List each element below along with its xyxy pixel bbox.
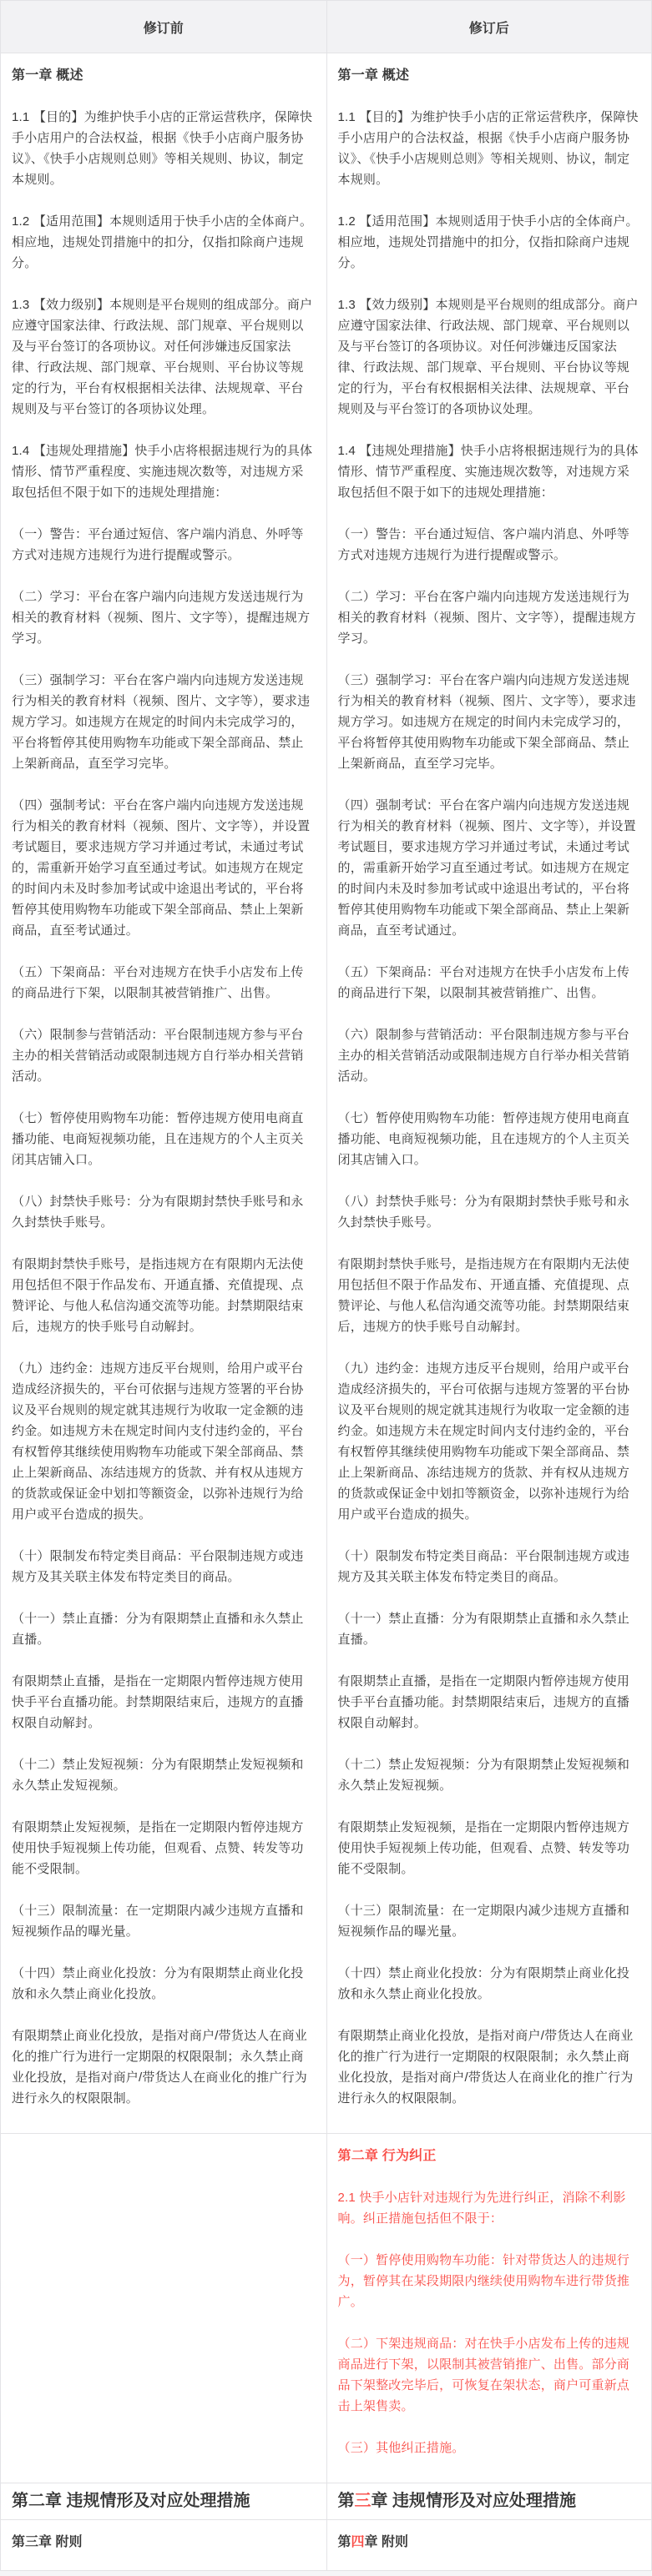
header-cell-after: 修订后 xyxy=(326,1,652,53)
paragraph: （三）强制学习：平台在客户端内向违规方发送违规行为相关的教育材料（视频、图片、文… xyxy=(338,670,641,774)
paragraph: （五）下架商品：平台对违规方在快手小店发布上传的商品进行下架，以限制其被营销推广… xyxy=(12,962,316,1004)
paragraph: 1.3 【效力级别】本规则是平台规则的组成部分。商户应遵守国家法律、行政法规、部… xyxy=(12,294,316,420)
paragraph: 1.2 【适用范围】本规则适用于快手小店的全体商户。相应地，违规处罚措施中的扣分… xyxy=(12,211,316,274)
paragraph: （五）下架商品：平台对违规方在快手小店发布上传的商品进行下架，以限制其被营销推广… xyxy=(338,962,641,1004)
paragraph: （八）封禁快手账号：分为有限期封禁快手账号和永久封禁快手账号。 xyxy=(12,1191,316,1233)
paragraph: （四）强制考试：平台在客户端内向违规方发送违规行为相关的教育材料（视频、图片、文… xyxy=(12,795,316,941)
measures-heading-after: 第三章 违规情形及对应处理措施 xyxy=(326,2483,652,2519)
paragraph-added: （一）暂停使用购物车功能：针对带货达人的违规行为，暂停其在某段期限内继续使用购物… xyxy=(338,2250,641,2312)
paragraph: （二）学习：平台在客户端内向违规方发送违规行为相关的教育材料（视频、图片、文字等… xyxy=(338,586,641,649)
paragraph: 1.1 【目的】为维护快手小店的正常运营秩序，保障快手小店用户的合法权益，根据《… xyxy=(12,107,316,190)
measures-heading-after-prefix: 第 xyxy=(338,2492,355,2510)
behavior-correction-cell-after: 第二章 行为纠正2.1 快手小店针对违规行为先进行纠正，消除不利影响。纠正措施包… xyxy=(326,2134,652,2483)
header-label-before: 修订前 xyxy=(144,18,184,37)
appendix-heading-after-changed-char: 四 xyxy=(351,2535,365,2549)
paragraph: （四）强制考试：平台在客户端内向违规方发送违规行为相关的教育材料（视频、图片、文… xyxy=(338,795,641,941)
paragraph: （十二）禁止发短视频：分为有限期禁止发短视频和永久禁止发短视频。 xyxy=(338,1754,641,1796)
paragraph: （十三）限制流量：在一定期限内减少违规方直播和短视频作品的曝光量。 xyxy=(338,1900,641,1942)
paragraph-added: 第二章 行为纠正 xyxy=(338,2146,641,2166)
paragraph: （一）警告：平台通过短信、客户端内消息、外呼等方式对违规方违规行为进行提醒或警示… xyxy=(338,524,641,566)
paragraph: （三）强制学习：平台在客户端内向违规方发送违规行为相关的教育材料（视频、图片、文… xyxy=(12,670,316,774)
paragraph: 1.2 【适用范围】本规则适用于快手小店的全体商户。相应地，违规处罚措施中的扣分… xyxy=(338,211,641,274)
table-header-row: 修订前 修订后 xyxy=(1,1,651,53)
header-cell-before: 修订前 xyxy=(1,1,326,53)
paragraph: （一）警告：平台通过短信、客户端内消息、外呼等方式对违规方违规行为进行提醒或警示… xyxy=(12,524,316,566)
appendix-heading-before-text: 第三章 附则 xyxy=(12,2535,82,2549)
paragraph: （七）暂停使用购物车功能：暂停违规方使用电商直播功能、电商短视频功能，且在违规方… xyxy=(338,1108,641,1170)
appendix-heading-after: 第四章 附则 xyxy=(326,2520,652,2570)
paragraph: （十）限制发布特定类目商品：平台限制违规方或违规方及其关联主体发布特定类目的商品… xyxy=(338,1546,641,1587)
appendix-heading-after-suffix: 章 附则 xyxy=(365,2535,408,2549)
chapter1-cell-before: 第一章 概述1.1 【目的】为维护快手小店的正常运营秩序，保障快手小店用户的合法… xyxy=(1,53,326,2133)
paragraph: 有限期禁止商业化投放，是指对商户/带货达人在商业化的推广行为进行一定期限的权限限… xyxy=(338,2025,641,2109)
paragraph: 有限期禁止直播，是指在一定期限内暂停违规方使用快手平台直播功能。封禁期限结束后，… xyxy=(12,1671,316,1733)
measures-heading-after-changed-char: 三 xyxy=(355,2492,371,2510)
paragraph: 第一章 概述 xyxy=(338,65,641,86)
appendix-chapter-row: 第三章 附则 第四章 附则 xyxy=(1,2520,651,2570)
paragraph: （十）限制发布特定类目商品：平台限制违规方或违规方及其关联主体发布特定类目的商品… xyxy=(12,1546,316,1587)
paragraph: （十二）禁止发短视频：分为有限期禁止发短视频和永久禁止发短视频。 xyxy=(12,1754,316,1796)
measures-chapter-row: 第二章 违规情形及对应处理措施 第三章 违规情形及对应处理措施 xyxy=(1,2483,651,2520)
paragraph-added: 2.1 快手小店针对违规行为先进行纠正，消除不利影响。纠正措施包括但不限于： xyxy=(338,2187,641,2229)
measures-heading-after-suffix: 章 违规情形及对应处理措施 xyxy=(371,2492,577,2510)
paragraph: 有限期封禁快手账号，是指违规方在有限期内无法使用包括但不限于作品发布、开通直播、… xyxy=(12,1254,316,1337)
paragraph: 第一章 概述 xyxy=(12,65,316,86)
paragraph: （十一）禁止直播：分为有限期禁止直播和永久禁止直播。 xyxy=(338,1608,641,1650)
header-label-after: 修订后 xyxy=(469,18,509,37)
paragraph: （十四）禁止商业化投放：分为有限期禁止商业化投放和永久禁止商业化投放。 xyxy=(12,1963,316,2005)
paragraph: （九）违约金：违规方违反平台规则，给用户或平台造成经济损失的，平台可依据与违规方… xyxy=(338,1358,641,1525)
paragraph: （七）暂停使用购物车功能：暂停违规方使用电商直播功能、电商短视频功能，且在违规方… xyxy=(12,1108,316,1170)
measures-heading-before-text: 第二章 违规情形及对应处理措施 xyxy=(12,2492,250,2510)
paragraph: 有限期禁止商业化投放，是指对商户/带货达人在商业化的推广行为进行一定期限的权限限… xyxy=(12,2025,316,2109)
revision-compare-page: 修订前 修订后 第一章 概述1.1 【目的】为维护快手小店的正常运营秩序，保障快… xyxy=(0,0,652,2576)
paragraph: （六）限制参与营销活动：平台限制违规方参与平台主办的相关营销活动或限制违规方自行… xyxy=(338,1024,641,1087)
paragraph: （十三）限制流量：在一定期限内减少违规方直播和短视频作品的曝光量。 xyxy=(12,1900,316,1942)
paragraph-added: （三）其他纠正措施。 xyxy=(338,2438,641,2458)
paragraph: 1.1 【目的】为维护快手小店的正常运营秩序，保障快手小店用户的合法权益，根据《… xyxy=(338,107,641,190)
paragraph: （六）限制参与营销活动：平台限制违规方参与平台主办的相关营销活动或限制违规方自行… xyxy=(12,1024,316,1087)
revision-compare-table: 修订前 修订后 第一章 概述1.1 【目的】为维护快手小店的正常运营秩序，保障快… xyxy=(0,0,652,2571)
chapter1-row: 第一章 概述1.1 【目的】为维护快手小店的正常运营秩序，保障快手小店用户的合法… xyxy=(1,53,651,2134)
paragraph: （二）学习：平台在客户端内向违规方发送违规行为相关的教育材料（视频、图片、文字等… xyxy=(12,586,316,649)
paragraph: 有限期禁止发短视频，是指在一定期限内暂停违规方使用快手短视频上传功能，但观看、点… xyxy=(338,1817,641,1879)
paragraph: 1.4 【违规处理措施】快手小店将根据违规行为的具体情形、情节严重程度、实施违规… xyxy=(338,440,641,503)
paragraph: （八）封禁快手账号：分为有限期封禁快手账号和永久封禁快手账号。 xyxy=(338,1191,641,1233)
paragraph-added: （二）下架违规商品：对在快手小店发布上传的违规商品进行下架，以限制其被营销推广、… xyxy=(338,2333,641,2417)
measures-heading-before: 第二章 违规情形及对应处理措施 xyxy=(1,2483,326,2519)
chapter1-cell-after: 第一章 概述1.1 【目的】为维护快手小店的正常运营秩序，保障快手小店用户的合法… xyxy=(326,53,652,2133)
paragraph: 有限期封禁快手账号，是指违规方在有限期内无法使用包括但不限于作品发布、开通直播、… xyxy=(338,1254,641,1337)
paragraph: 有限期禁止直播，是指在一定期限内暂停违规方使用快手平台直播功能。封禁期限结束后，… xyxy=(338,1671,641,1733)
appendix-heading-after-prefix: 第 xyxy=(338,2535,351,2549)
appendix-heading-before: 第三章 附则 xyxy=(1,2520,326,2570)
paragraph: 1.3 【效力级别】本规则是平台规则的组成部分。商户应遵守国家法律、行政法规、部… xyxy=(338,294,641,420)
behavior-correction-row: 第二章 行为纠正2.1 快手小店针对违规行为先进行纠正，消除不利影响。纠正措施包… xyxy=(1,2134,651,2483)
paragraph: （九）违约金：违规方违反平台规则，给用户或平台造成经济损失的，平台可依据与违规方… xyxy=(12,1358,316,1525)
paragraph: 1.4 【违规处理措施】快手小店将根据违规行为的具体情形、情节严重程度、实施违规… xyxy=(12,440,316,503)
paragraph: 有限期禁止发短视频，是指在一定期限内暂停违规方使用快手短视频上传功能，但观看、点… xyxy=(12,1817,316,1879)
paragraph: （十四）禁止商业化投放：分为有限期禁止商业化投放和永久禁止商业化投放。 xyxy=(338,1963,641,2005)
paragraph: （十一）禁止直播：分为有限期禁止直播和永久禁止直播。 xyxy=(12,1608,316,1650)
behavior-correction-cell-before-empty xyxy=(1,2134,326,2483)
